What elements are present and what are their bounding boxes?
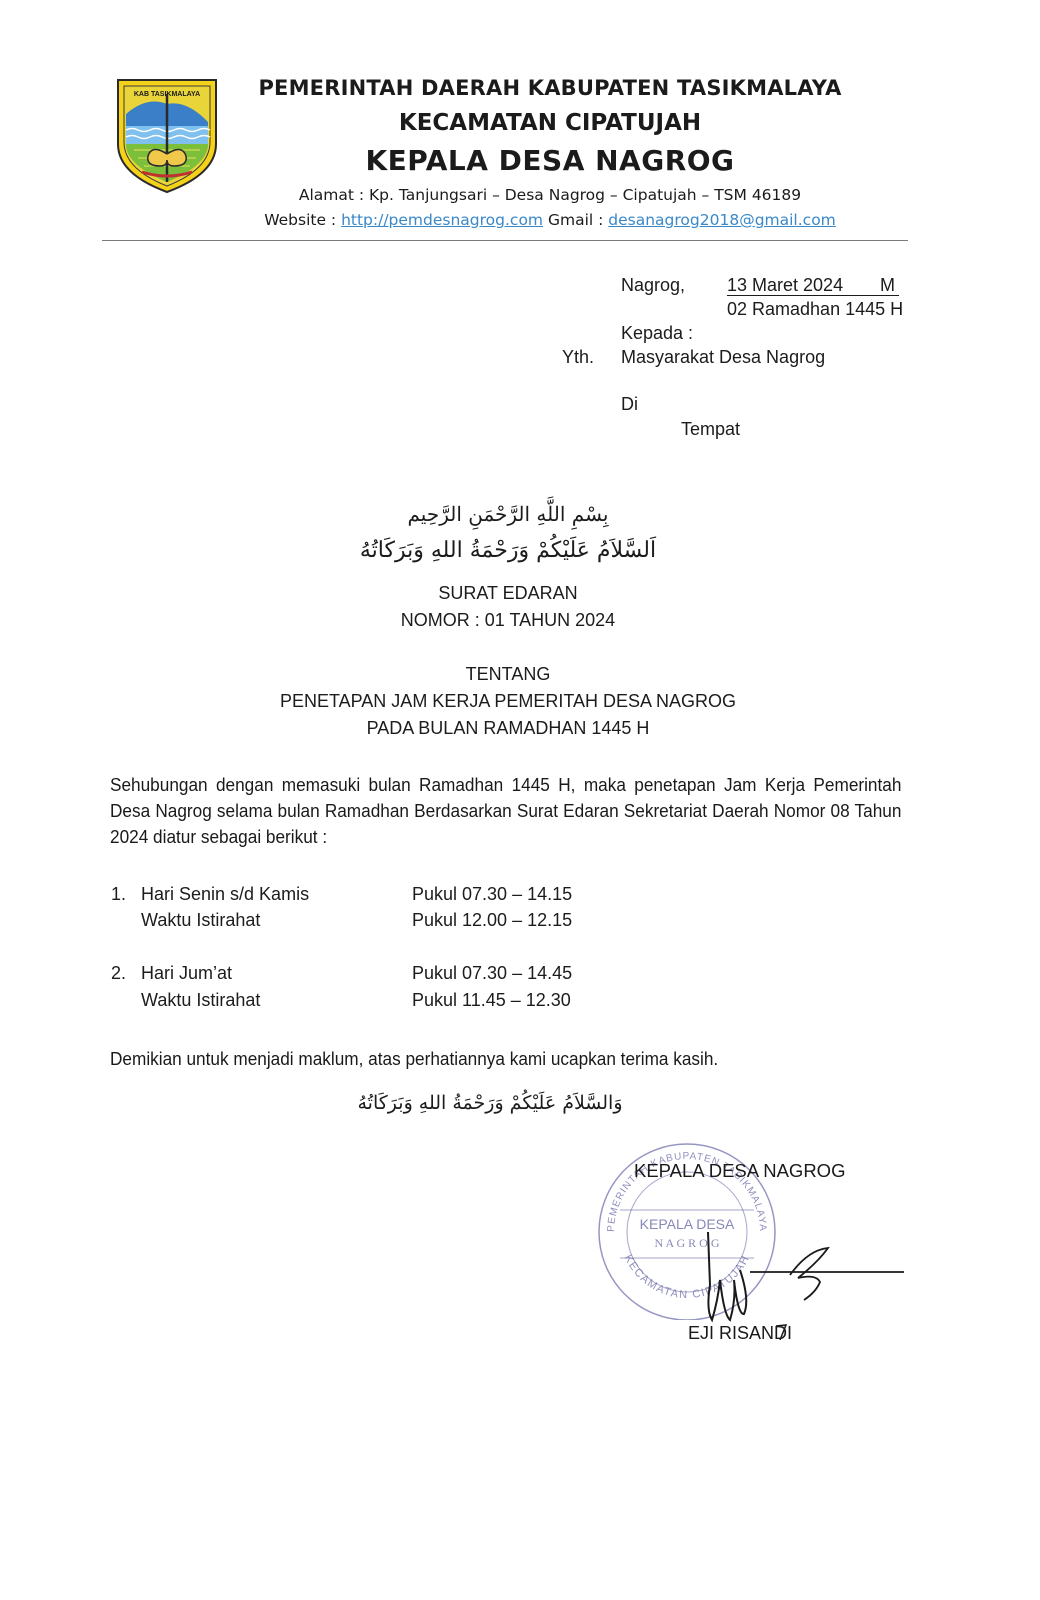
recipient-kepada: Kepada : xyxy=(621,324,693,342)
signatory-title: KEPALA DESA NAGROG xyxy=(634,1160,845,1182)
body-paragraph: Sehubungan dengan memasuki bulan Ramadha… xyxy=(110,772,901,850)
dateline-place: Nagrog, xyxy=(621,276,685,294)
schedule-break-hours: Pukul 11.45 – 12.30 xyxy=(412,991,571,1009)
letterhead-contact: Website : http://pemdesnagrog.com Gmail … xyxy=(240,211,860,229)
schedule-number: 2. xyxy=(111,964,126,982)
schedule-day: Hari Jum’at xyxy=(141,964,232,982)
website-link[interactable]: http://pemdesnagrog.com xyxy=(341,211,543,229)
doc-subject-line1: PENETAPAN JAM KERJA PEMERITAH DESA NAGRO… xyxy=(0,691,1016,712)
basmalah: بِسْمِ اللَّهِ الرَّحْمَنِ الرَّحِيم xyxy=(0,502,1016,526)
schedule-break-hours: Pukul 12.00 – 12.15 xyxy=(412,911,572,929)
doc-type: SURAT EDARAN xyxy=(0,583,1016,604)
recipient-name: Masyarakat Desa Nagrog xyxy=(621,348,825,366)
salam-opening: اَلسَّلاَمُ عَلَيْكُمْ وَرَحْمَةُ اللهِ … xyxy=(0,538,1016,563)
gmail-label: Gmail : xyxy=(543,211,608,229)
doc-subject-line2: PADA BULAN RAMADHAN 1445 H xyxy=(0,718,1016,739)
closing-statement: Demikian untuk menjadi maklum, atas perh… xyxy=(110,1048,718,1070)
recipient-tempat: Tempat xyxy=(681,420,740,438)
letterhead-address: Alamat : Kp. Tanjungsari – Desa Nagrog –… xyxy=(240,186,860,204)
doc-number: NOMOR : 01 TAHUN 2024 xyxy=(0,610,1016,631)
dateline-hijri: 02 Ramadhan 1445 H xyxy=(727,300,903,318)
doc-tentang: TENTANG xyxy=(0,664,1016,685)
schedule-hours: Pukul 07.30 – 14.45 xyxy=(412,964,572,982)
schedule-day: Hari Senin s/d Kamis xyxy=(141,885,309,903)
recipient-yth: Yth. xyxy=(562,348,594,366)
letterhead-divider xyxy=(102,240,908,241)
letterhead-government: PEMERINTAH DAERAH KABUPATEN TASIKMALAYA xyxy=(240,76,860,100)
letterhead-district: KECAMATAN CIPATUJAH xyxy=(240,110,860,136)
schedule-hours: Pukul 07.30 – 14.15 xyxy=(412,885,572,903)
schedule-number: 1. xyxy=(111,885,126,903)
salam-closing: وَالسَّلاَمُ عَلَيْكُمْ وَرَحْمَةُ اللهِ… xyxy=(0,1092,980,1114)
schedule-break-label: Waktu Istirahat xyxy=(141,911,260,929)
website-label: Website : xyxy=(264,211,341,229)
signatory-name: EJI RISANDI xyxy=(688,1323,792,1344)
schedule-break-label: Waktu Istirahat xyxy=(141,991,260,1009)
gmail-link[interactable]: desanagrog2018@gmail.com xyxy=(608,211,836,229)
gregorian-date: 13 Maret 2024 xyxy=(727,275,843,295)
letterhead-office: KEPALA DESA NAGROG xyxy=(240,144,860,177)
gregorian-suffix: M xyxy=(880,276,895,294)
recipient-di: Di xyxy=(621,395,638,413)
dateline-gregorian: 13 Maret 2024 xyxy=(727,276,899,296)
kabupaten-tasikmalaya-logo: KAB TASIKMALAYA xyxy=(112,74,222,196)
